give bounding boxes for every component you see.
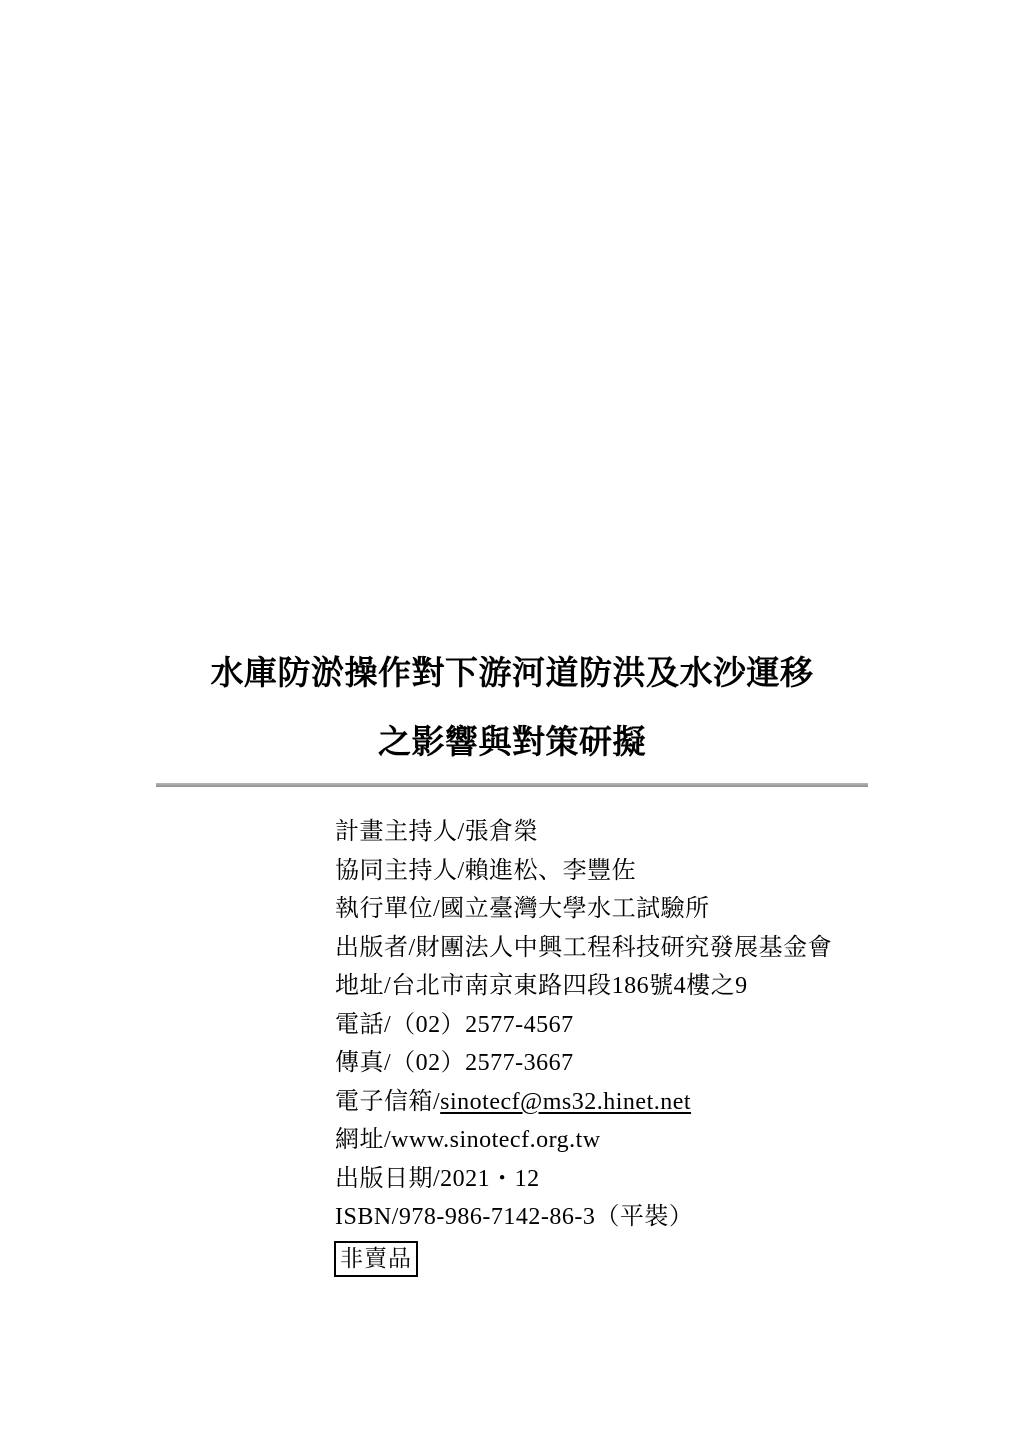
book-title: 水庫防淤操作對下游河道防洪及水沙運移 之影響與對策研擬 [155, 656, 869, 762]
book-title-line-2: 之影響與對策研擬 [155, 725, 869, 761]
colophon-page: 水庫防淤操作對下游河道防洪及水沙運移 之影響與對策研擬 計畫主持人/張倉榮 協同… [0, 0, 1024, 1448]
not-for-sale-badge: 非賣品 [334, 1241, 418, 1277]
book-title-line-1: 水庫防淤操作對下游河道防洪及水沙運移 [155, 656, 869, 692]
info-line-co-leaders: 協同主持人/賴進松、李豐佐 [335, 852, 832, 891]
email-link[interactable]: sinotecf@ms32.hinet.net [440, 1089, 691, 1115]
title-divider-rule [156, 783, 868, 787]
info-line-publisher: 出版者/財團法人中興工程科技研究發展基金會 [335, 929, 832, 968]
info-line-phone: 電話/（02）2577-4567 [335, 1006, 832, 1045]
info-line-website: 網址/www.sinotecf.org.tw [335, 1121, 832, 1160]
publication-info-list: 計畫主持人/張倉榮 協同主持人/賴進松、李豐佐 執行單位/國立臺灣大學水工試驗所… [335, 813, 832, 1237]
info-line-executing-unit: 執行單位/國立臺灣大學水工試驗所 [335, 890, 832, 929]
info-line-address: 地址/台北市南京東路四段186號4樓之9 [335, 967, 832, 1006]
info-line-email: 電子信箱/sinotecf@ms32.hinet.net [335, 1083, 832, 1122]
info-line-publish-date: 出版日期/2021・12 [335, 1160, 832, 1199]
info-line-isbn: ISBN/978-986-7142-86-3（平裝） [335, 1198, 832, 1237]
info-line-fax: 傳真/（02）2577-3667 [335, 1044, 832, 1083]
email-label: 電子信箱/ [335, 1089, 440, 1115]
info-line-project-leader: 計畫主持人/張倉榮 [335, 813, 832, 852]
